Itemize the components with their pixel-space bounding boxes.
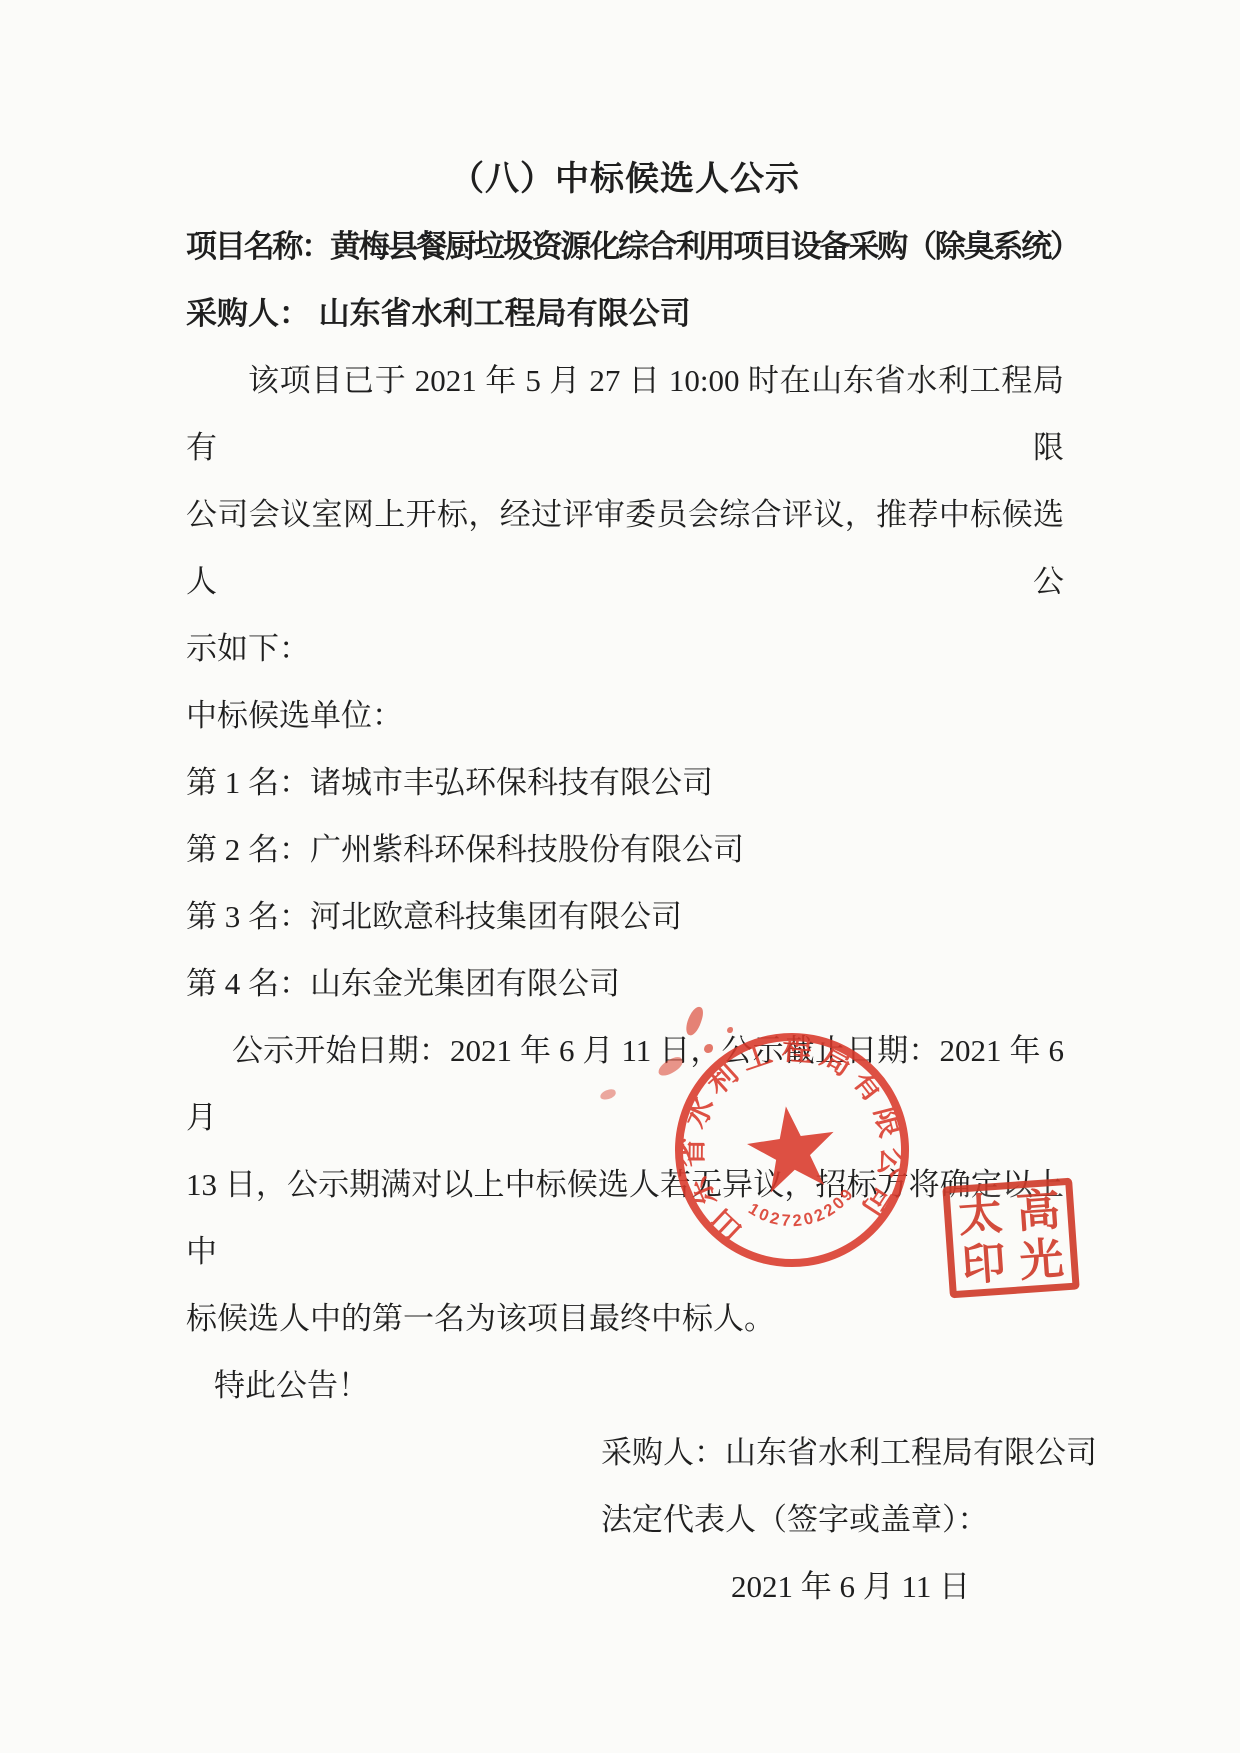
- personal-seal-char: 太: [957, 1192, 1004, 1239]
- signature-legal-representative: 法定代表人（签字或盖章）：: [601, 1486, 1064, 1553]
- page-title: （八）中标候选人公示: [186, 146, 1064, 213]
- announcement-line: 特此公告！: [186, 1352, 1064, 1419]
- personal-seal-char: 光: [1018, 1237, 1065, 1284]
- body-line: 13 日，公示期满对以上中标候选人若无异议，招标方将确定以上中: [186, 1151, 1064, 1285]
- personal-seal-char: 印: [960, 1241, 1007, 1288]
- candidates-header-line: 中标候选单位：: [186, 682, 1064, 749]
- personal-seal-stamp: 太 高 印 光: [942, 1178, 1079, 1299]
- candidate-4-line: 第 4 名：山东金光集团有限公司: [186, 950, 1064, 1017]
- signature-date: 2021 年 6 月 11 日: [731, 1553, 1064, 1620]
- body-line: 该项目已于 2021 年 5 月 27 日 10:00 时在山东省水利工程局有限: [186, 347, 1064, 481]
- project-name-line: 项目名称：黄梅县餐厨垃圾资源化综合利用项目设备采购（除臭系统）: [186, 213, 1064, 280]
- document-page: （八）中标候选人公示 项目名称：黄梅县餐厨垃圾资源化综合利用项目设备采购（除臭系…: [0, 0, 1240, 1753]
- signature-purchaser: 采购人：山东省水利工程局有限公司: [601, 1419, 1064, 1486]
- body-line: 公司会议室网上开标，经过评审委员会综合评议，推荐中标候选人公: [186, 481, 1064, 615]
- body-line: 标候选人中的第一名为该项目最终中标人。: [186, 1285, 1064, 1352]
- purchaser-line: 采购人： 山东省水利工程局有限公司: [186, 280, 1064, 347]
- publicity-period-line: 公示开始日期：2021 年 6 月 11 日，公示截止日期：2021 年 6 月: [186, 1017, 1064, 1151]
- candidate-2-line: 第 2 名：广州紫科环保科技股份有限公司: [186, 816, 1064, 883]
- personal-seal-char: 高: [1015, 1188, 1062, 1235]
- candidate-1-line: 第 1 名：诸城市丰弘环保科技有限公司: [186, 749, 1064, 816]
- candidate-3-line: 第 3 名：河北欧意科技集团有限公司: [186, 883, 1064, 950]
- body-line: 示如下：: [186, 615, 1064, 682]
